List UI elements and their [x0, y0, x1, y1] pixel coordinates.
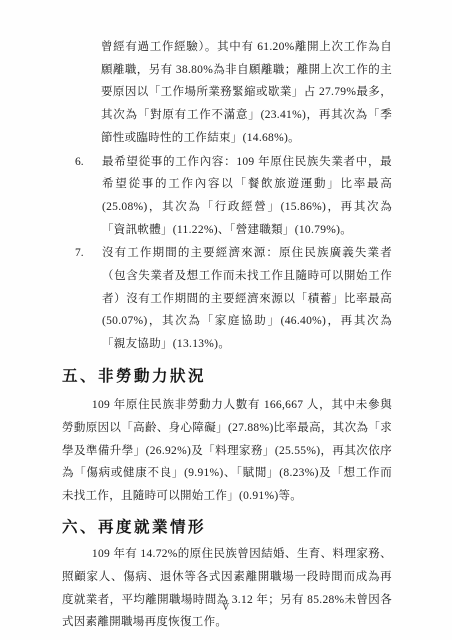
page-number: V — [0, 602, 452, 613]
list-item: 6. 最希望從事的工作內容：109 年原住民族失業者中，最希望從事的工作內容以「… — [62, 151, 392, 242]
section-paragraph-non-labor-force: 109 年原住民族非勞動力人數有 166,667 人，其中未參與勞動原因以「高齡… — [62, 394, 392, 508]
list-item-number: 7. — [62, 242, 102, 356]
page-content: 曾經有過工作經驗）。其中有 61.20%離開上次工作為自願離職，另有 38.80… — [62, 36, 392, 634]
section-heading-non-labor-force: 五、非勞動力狀況 — [62, 366, 392, 388]
list-item-number: 6. — [62, 151, 102, 242]
section-heading-re-employment: 六、再度就業情形 — [62, 517, 392, 539]
list-item: 7. 沒有工作期間的主要經濟來源：原住民族廣義失業者（包含失業者及想工作而未找工… — [62, 242, 392, 356]
list-item-text: 沒有工作期間的主要經濟來源：原住民族廣義失業者（包含失業者及想工作而未找工作且隨… — [102, 242, 392, 356]
list-item-text: 最希望從事的工作內容：109 年原住民族失業者中，最希望從事的工作內容以「餐飲旅… — [102, 151, 392, 242]
paragraph-continuation: 曾經有過工作經驗）。其中有 61.20%離開上次工作為自願離職，另有 38.80… — [101, 36, 392, 150]
section-paragraph-re-employment: 109 年有 14.72%的原住民族曾因結婚、生育、料理家務、照顧家人、傷病、退… — [62, 543, 392, 634]
document-page: 曾經有過工作經驗）。其中有 61.20%離開上次工作為自願離職，另有 38.80… — [0, 0, 452, 640]
